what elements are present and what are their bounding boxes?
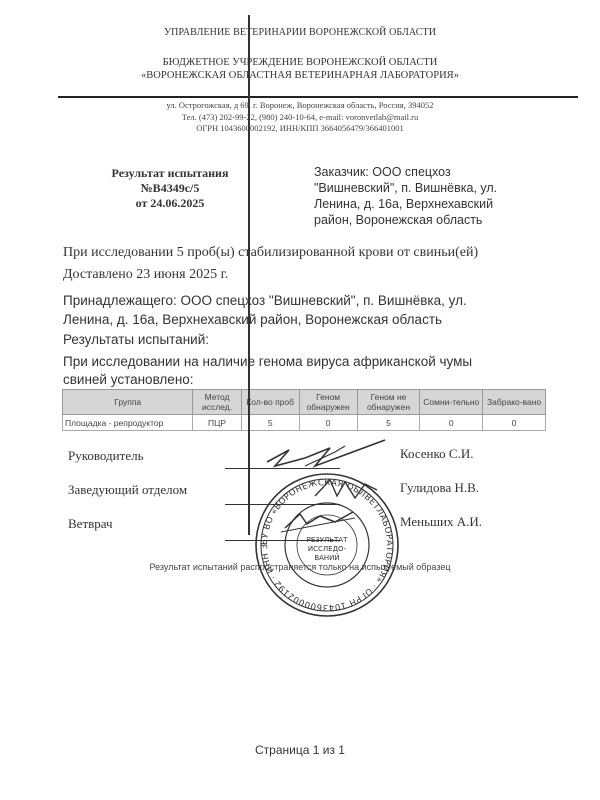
cell-doubtful: 0 [420, 415, 483, 431]
customer-line-3: Ленина, д. 16а, Верхнехавский [314, 196, 564, 212]
customer-block: Заказчик: ООО спецхоз "Вишневский", п. В… [314, 164, 564, 228]
col-header-sample-count: Кол-во проб [241, 390, 299, 415]
contacts-line: Тел. (473) 202-99-22, (980) 240-10-64, e… [0, 112, 600, 124]
signature-name-vet: Меньших А.И. [400, 514, 482, 530]
cell-rejected: 0 [483, 415, 546, 431]
col-header-genome-not-detected: Геном не обнаружен [357, 390, 420, 415]
col-header-genome-detected: Геном обнаружен [299, 390, 357, 415]
official-stamp: БУ ВО «ВОРОНЕЖСКАЯ ОБЛВЕТЛАБОРАТОРИЯ» · … [252, 470, 402, 620]
address-line: ул. Острогожская, д 69, г. Воронеж, Воро… [0, 100, 600, 112]
table-row: Площадка - репродуктор ПЦР 5 0 5 0 0 [63, 415, 546, 431]
col-header-method: Метод исслед. [193, 390, 241, 415]
customer-line-2: "Вишневский", п. Вишнёвка, ул. [314, 180, 564, 196]
header-divider [58, 96, 578, 98]
owner-line-1: Принадлежащего: ООО спецхоз "Вишневский"… [63, 290, 467, 311]
disclaimer-text: Результат испытаний распространяется тол… [0, 562, 600, 572]
customer-line-1: Заказчик: ООО спецхоз [314, 164, 564, 180]
stamp-inner-text-2: ИССЛЕДО- [308, 545, 347, 553]
authority-header: УПРАВЛЕНИЕ ВЕТЕРИНАРИИ ВОРОНЕЖСКОЙ ОБЛАС… [0, 27, 600, 38]
institution-line-2: «ВОРОНЕЖСКАЯ ОБЛАСТНАЯ ВЕТЕРИНАРНАЯ ЛАБО… [0, 69, 600, 82]
col-header-doubtful: Сомни-тельно [420, 390, 483, 415]
delivered-text: Доставлено 23 июня 2025 г. [63, 264, 228, 285]
result-number: №В4349с/5 [80, 181, 260, 196]
stamp-inner-text-1: РЕЗУЛЬТАТ [307, 536, 349, 544]
signature-role-vet: Ветврач [68, 516, 113, 532]
signature-role-dept: Заведующий отделом [68, 482, 187, 498]
cell-method: ПЦР [193, 415, 241, 431]
registration-line: ОГРН 1043600002192, ИНН/КПП 3664056479/3… [0, 123, 600, 135]
result-title: Результат испытания [80, 166, 260, 181]
col-header-rejected: Забрако-вано [483, 390, 546, 415]
page-number: Страница 1 из 1 [0, 743, 600, 757]
table-header-row: Группа Метод исслед. Кол-во проб Геном о… [63, 390, 546, 415]
institution-line-1: БЮДЖЕТНОЕ УЧРЕЖДЕНИЕ ВОРОНЕЖСКОЙ ОБЛАСТИ [0, 56, 600, 69]
signature-name-head: Косенко С.И. [400, 446, 473, 462]
stamp-inner-text-3: ВАНИЙ [314, 553, 339, 562]
cell-genome-not-detected: 5 [357, 415, 420, 431]
signature-role-head: Руководитель [68, 448, 144, 464]
scan-artifact-vertical-line [248, 15, 250, 535]
samples-text: При исследовании 5 проб(ы) стабилизирова… [63, 242, 478, 263]
document-page: УПРАВЛЕНИЕ ВЕТЕРИНАРИИ ВОРОНЕЖСКОЙ ОБЛАС… [0, 0, 600, 800]
results-table: Группа Метод исслед. Кол-во проб Геном о… [62, 389, 546, 431]
institution-header: БЮДЖЕТНОЕ УЧРЕЖДЕНИЕ ВОРОНЕЖСКОЙ ОБЛАСТИ… [0, 56, 600, 82]
owner-line-2: Ленина, д. 16а, Верхнехавский район, Вор… [63, 309, 442, 330]
result-title-block: Результат испытания №В4349с/5 от 24.06.2… [80, 166, 260, 211]
signature-name-dept: Гулидова Н.В. [400, 480, 479, 496]
cell-sample-count: 5 [241, 415, 299, 431]
col-header-group: Группа [63, 390, 193, 415]
cell-group: Площадка - репродуктор [63, 415, 193, 431]
result-date: от 24.06.2025 [80, 196, 260, 211]
results-heading: Результаты испытаний: [63, 329, 209, 350]
address-block: ул. Острогожская, д 69, г. Воронеж, Воро… [0, 100, 600, 135]
cell-genome-detected: 0 [299, 415, 357, 431]
finding-line-2: свиней установлено: [63, 369, 194, 390]
customer-line-4: район, Воронежская область [314, 212, 564, 228]
